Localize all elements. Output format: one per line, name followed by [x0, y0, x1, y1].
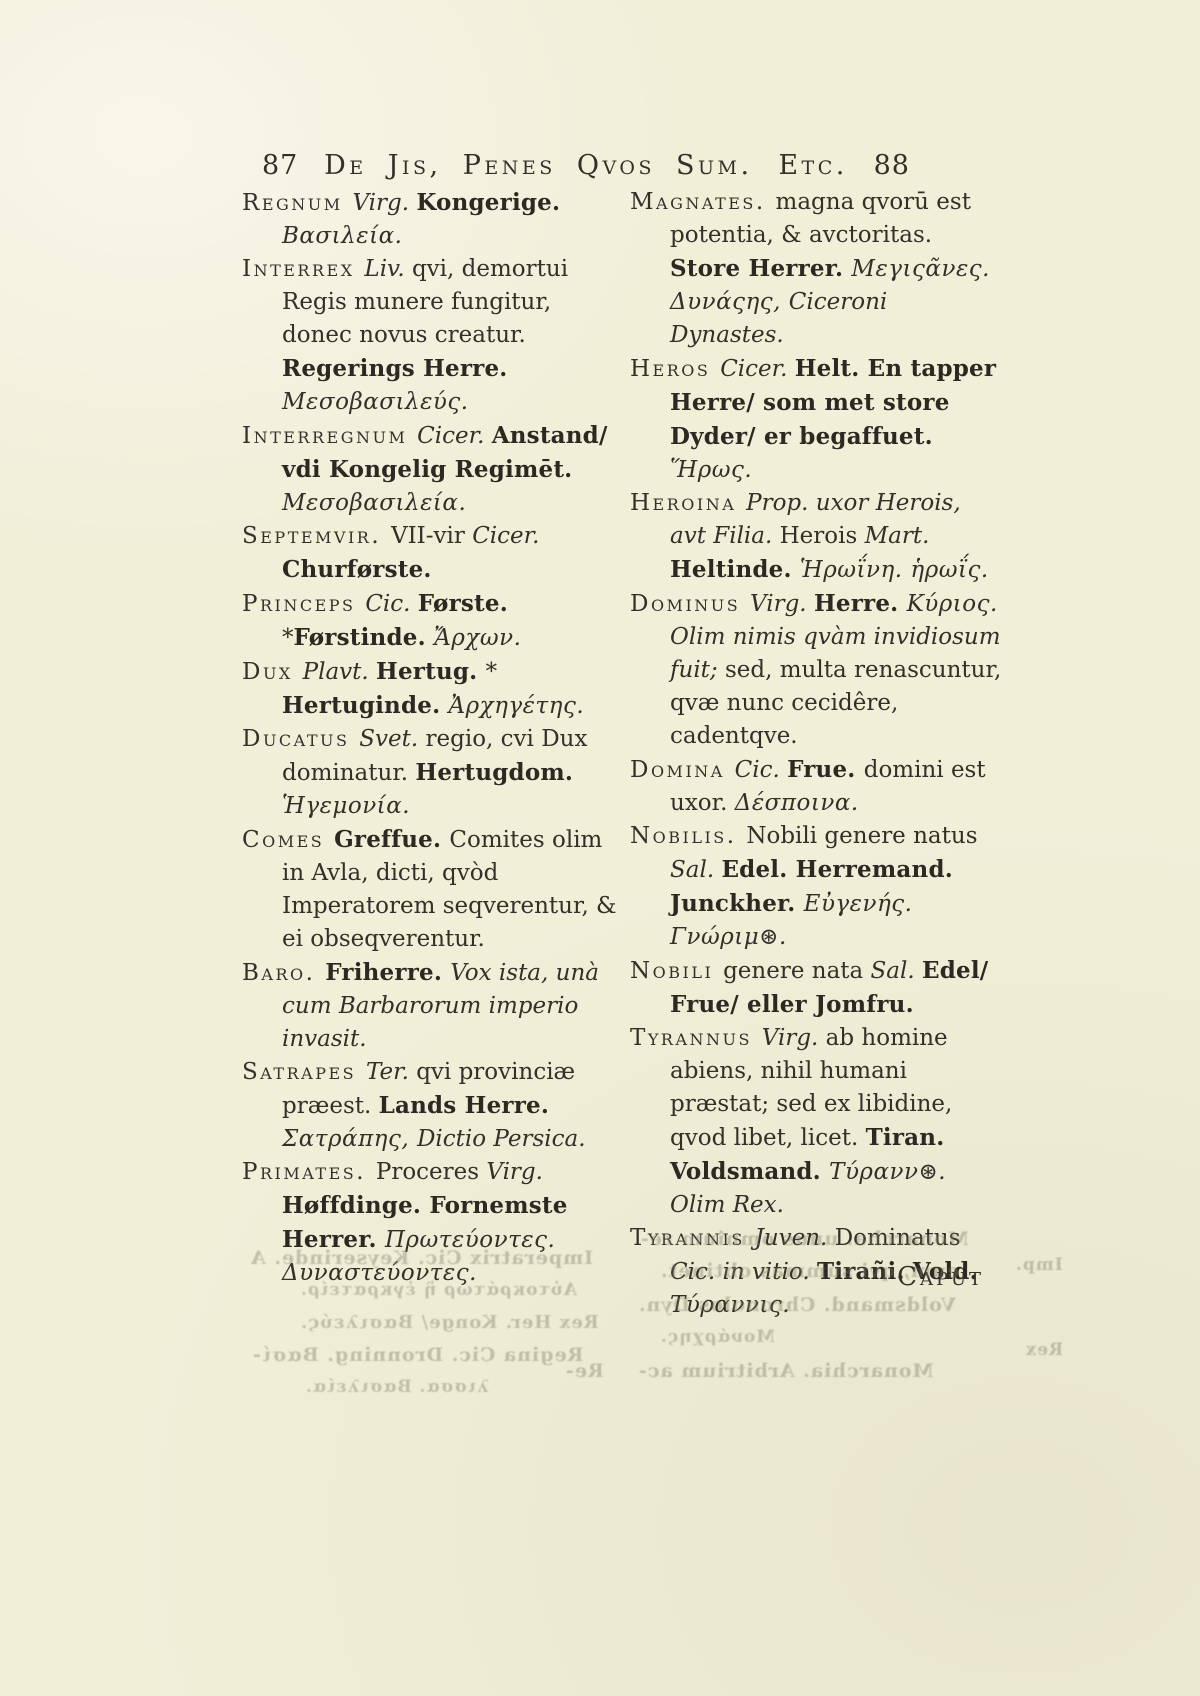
entry-headword: Ducatus	[242, 726, 359, 752]
right-column: Magnates. magna qvorū est potentia, & av…	[630, 186, 1002, 1322]
text-run-it: Ter.	[366, 1059, 416, 1085]
text-run-it: Virg.	[352, 190, 416, 216]
bleedthrough-text: eum, qvi summas obtinet.	[660, 1260, 959, 1282]
text-run-gr: Δέσποινα.	[735, 790, 859, 816]
entry-headword: Dux	[242, 659, 303, 685]
text-run-fr: Herre.	[814, 590, 907, 617]
text-run-fr: Hertugdom.	[415, 759, 573, 786]
text-run-it: Plavt.	[303, 659, 376, 685]
text-run-it: Virg.	[750, 591, 814, 617]
entry-headword: Primates.	[242, 1159, 376, 1185]
bleedthrough-text: Αὐτοκράτωρ ἢ ἐγκρατείρ.	[300, 1280, 577, 1300]
entry-headword: Nobilis.	[630, 823, 746, 849]
text-run-it: Mart.	[865, 523, 930, 549]
text-run-gr: Βασιλεία.	[282, 223, 402, 249]
bleedthrough-text: Imp.	[1015, 1255, 1063, 1275]
entry-headword: Magnates.	[630, 189, 776, 215]
dictionary-entry: Nobilis. Nobili genere natus Sal. Edel. …	[630, 820, 1002, 954]
text-run-it: Liv.	[364, 256, 412, 282]
dictionary-entry: Ducatus Svet. regio, cvi Dux dominatur. …	[242, 723, 624, 823]
text-run-it: Cicer.	[472, 523, 539, 549]
book-page: 87 De Jis, Penes Qvos Sum. Etc. 88 Regnu…	[0, 0, 1200, 1696]
bleedthrough-text: Imperatrix Cic. Keyserinde. A	[250, 1247, 593, 1269]
text-run-fr: Frue.	[787, 756, 864, 783]
text-run-it: Cicer.	[417, 423, 492, 449]
running-title: De Jis, Penes Qvos Sum.	[324, 150, 752, 181]
entry-headword: Heroina	[630, 490, 746, 516]
dictionary-entry: Tyrannus Virg. ab homine abiens, nihil h…	[630, 1022, 1002, 1222]
entry-headword: Comes	[242, 827, 334, 853]
bleedthrough-text: Monarchia. Arbitrium ac-	[638, 1360, 934, 1382]
entry-headword: Princeps	[242, 591, 365, 617]
dictionary-entry: Domina Cic. Frue. domini est uxor. Δέσπο…	[630, 753, 1002, 820]
entry-headword: Nobili	[630, 958, 723, 984]
text-run-fr: Hertug.	[376, 658, 486, 685]
entry-headword: Interrex	[242, 256, 364, 282]
text-run-it: Svet.	[359, 726, 425, 752]
page-header: 87 De Jis, Penes Qvos Sum. Etc. 88	[262, 150, 910, 181]
dictionary-entry: Primates. Proceres Virg. Høffdinge. Forn…	[242, 1156, 624, 1290]
text-run-fr: Regerings Herre.	[282, 355, 508, 382]
text-run-ro: VII-vir	[391, 523, 472, 549]
text-run-it: Dictio Persica.	[417, 1126, 586, 1152]
entry-headword: Regnum	[242, 190, 352, 216]
text-run-fr: Lands Herre.	[379, 1092, 549, 1119]
text-run-ro: *	[486, 659, 498, 685]
text-run-gr: Μεσοβασιλεύς.	[282, 389, 469, 415]
text-run-it: Cicer.	[720, 356, 795, 382]
dictionary-entry: Dux Plavt. Hertug. * Hertuginde. Ἀρχηγέτ…	[242, 655, 624, 723]
text-run-it: Sal.	[871, 958, 922, 984]
text-run-fr: Hertuginde.	[282, 692, 449, 719]
entry-headword: Domina	[630, 757, 735, 783]
text-run-gr: Σατράπης,	[282, 1126, 417, 1152]
left-column: Regnum Virg. Kongerige. Βασιλεία.Interre…	[242, 186, 624, 1290]
text-run-fr: Greffue.	[334, 826, 449, 853]
running-title-etc: Etc.	[778, 150, 848, 181]
text-run-ro: Herois	[780, 523, 865, 549]
entry-headword: Baro.	[242, 960, 325, 986]
dictionary-entry: Interregnum Cicer. Anstand/ vdi Kongelig…	[242, 419, 624, 520]
dictionary-entry: Satrapes Ter. qvi provinciæ præest. Land…	[242, 1056, 624, 1156]
text-run-gr: Ἡρωΐνη. ἡρωΐς.	[800, 557, 989, 583]
bleedthrough-text: Re-	[565, 1360, 604, 1382]
dictionary-entry: Septemvir. VII-vir Cicer. Churførste.	[242, 520, 624, 587]
text-run-it: Olim Rex.	[670, 1192, 784, 1218]
dictionary-entry: Magnates. magna qvorū est potentia, & av…	[630, 186, 1002, 352]
text-run-gr: Ἀρχηγέτης.	[449, 693, 585, 719]
page-number-right: 88	[874, 150, 910, 181]
text-run-gr: Ἄρχων.	[434, 625, 521, 651]
text-run-gr: Ἡγεμονία.	[282, 793, 410, 819]
page-number-left: 87	[262, 150, 298, 181]
text-run-it: Virg.	[762, 1025, 826, 1051]
text-run-fr: Friherre.	[325, 959, 450, 986]
entry-headword: Dominus	[630, 591, 750, 617]
text-run-ro: genere nata	[723, 958, 870, 984]
text-run-gr: Τύρανν⊛.	[829, 1159, 946, 1185]
dictionary-entry: Interrex Liv. qvi, demortui Regis munere…	[242, 253, 624, 419]
dictionary-entry: Dominus Virg. Herre. Κύριος. Olim nimis …	[630, 587, 1002, 753]
bleedthrough-text: Rex Her. Konge/ Βασιλεύς.	[300, 1312, 599, 1333]
dictionary-entry: Princeps Cic. Første. *Førstinde. Ἄρχων.	[242, 587, 624, 655]
text-run-fr: Store Herrer.	[670, 255, 851, 282]
text-run-fr: Heltinde.	[670, 556, 800, 583]
dictionary-entry: Baro. Friherre. Vox ista, unà cum Barbar…	[242, 956, 624, 1056]
text-run-gr: Ἥρως.	[670, 457, 752, 483]
text-run-fr: Første.	[418, 590, 508, 617]
text-run-fr: Churførste.	[282, 556, 432, 583]
entry-headword: Septemvir.	[242, 523, 391, 549]
text-run-fr: Kongerige.	[416, 189, 560, 216]
text-run-it: Virg.	[486, 1159, 543, 1185]
dictionary-entry: Nobili genere nata Sal. Edel/ Frue/ elle…	[630, 954, 1002, 1022]
text-run-ro: Nobili genere natus	[746, 823, 977, 849]
bleedthrough-text: Voldsmand. Chronolos Dyn.	[638, 1294, 956, 1316]
text-run-fr: Førstinde.	[294, 624, 435, 651]
text-run-ro: *	[282, 625, 294, 651]
text-run-gr: Μεσοβασιλεία.	[282, 490, 466, 516]
entry-headword: Interregnum	[242, 423, 417, 449]
bleedthrough-text: Μονάρχης.	[660, 1327, 775, 1347]
text-run-ro: Proceres	[376, 1159, 487, 1185]
bleedthrough-text: Rex	[1025, 1340, 1063, 1360]
bleedthrough-text: Monarcha. unus omnium re-	[640, 1228, 969, 1250]
text-run-it: Cic.	[365, 591, 417, 617]
dictionary-entry: Regnum Virg. Kongerige. Βασιλεία.	[242, 186, 624, 253]
dictionary-entry: Heroina Prop. uxor Herois, avt Filia. He…	[630, 487, 1002, 587]
bleedthrough-text: λισσα. Βασιλεία.	[305, 1377, 489, 1397]
dictionary-entry: Comes Greffue. Comites olim in Avla, dic…	[242, 823, 624, 956]
text-run-it: Cic.	[735, 757, 787, 783]
dictionary-entry: Heros Cicer. Helt. En tapper Herre/ som …	[630, 352, 1002, 487]
entry-headword: Tyrannus	[630, 1025, 762, 1051]
entry-headword: Satrapes	[242, 1059, 366, 1085]
bleedthrough-text: Regina Cic. Dronning. Βασί-	[252, 1344, 583, 1366]
text-run-gr: Κύριος.	[907, 591, 998, 617]
entry-headword: Heros	[630, 356, 720, 382]
text-run-it: Sal.	[670, 857, 721, 883]
